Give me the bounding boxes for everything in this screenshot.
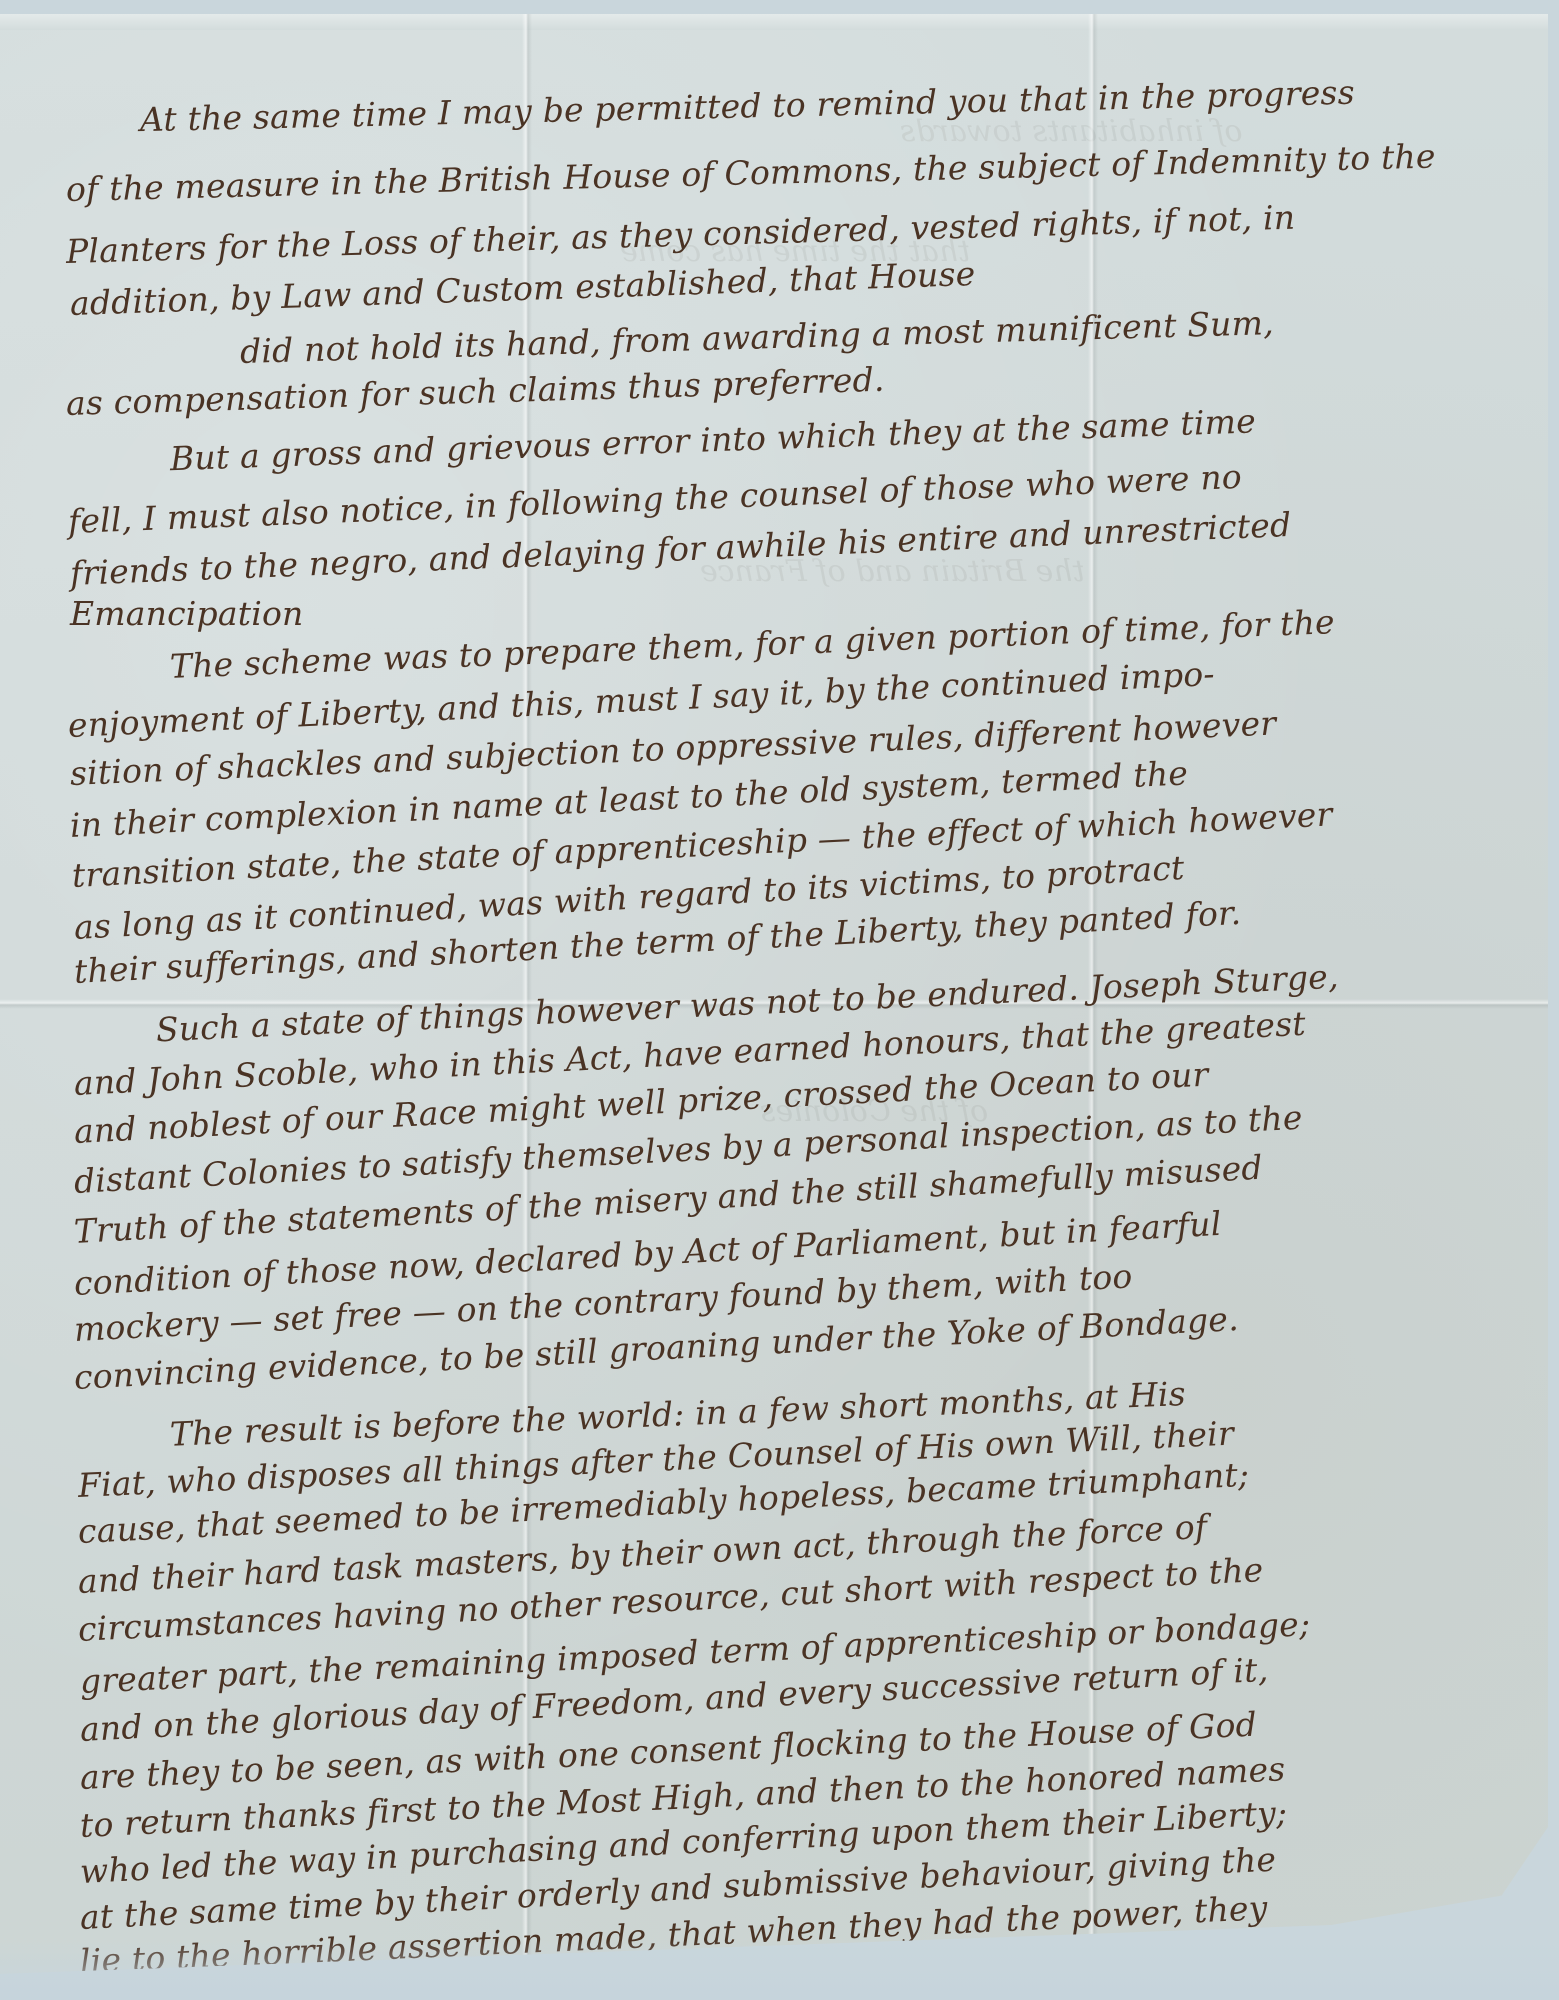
text-line: of the measure in the British House of C… [66, 137, 1437, 209]
letter-body: At the same time I may be permitted to r… [0, 14, 1548, 1974]
text-line: Emancipation [70, 594, 303, 633]
text-line: did not hold its hand, from awarding a m… [239, 303, 1274, 371]
text-line: Planters for the Loss of their, as they … [65, 198, 1295, 271]
text-line: as compensation for such claims thus pre… [65, 360, 885, 423]
letter-sheet: of inhabitants towards that the time has… [0, 14, 1548, 1974]
scan-background [0, 1940, 1559, 2000]
text-line: At the same time I may be permitted to r… [60, 73, 1356, 141]
